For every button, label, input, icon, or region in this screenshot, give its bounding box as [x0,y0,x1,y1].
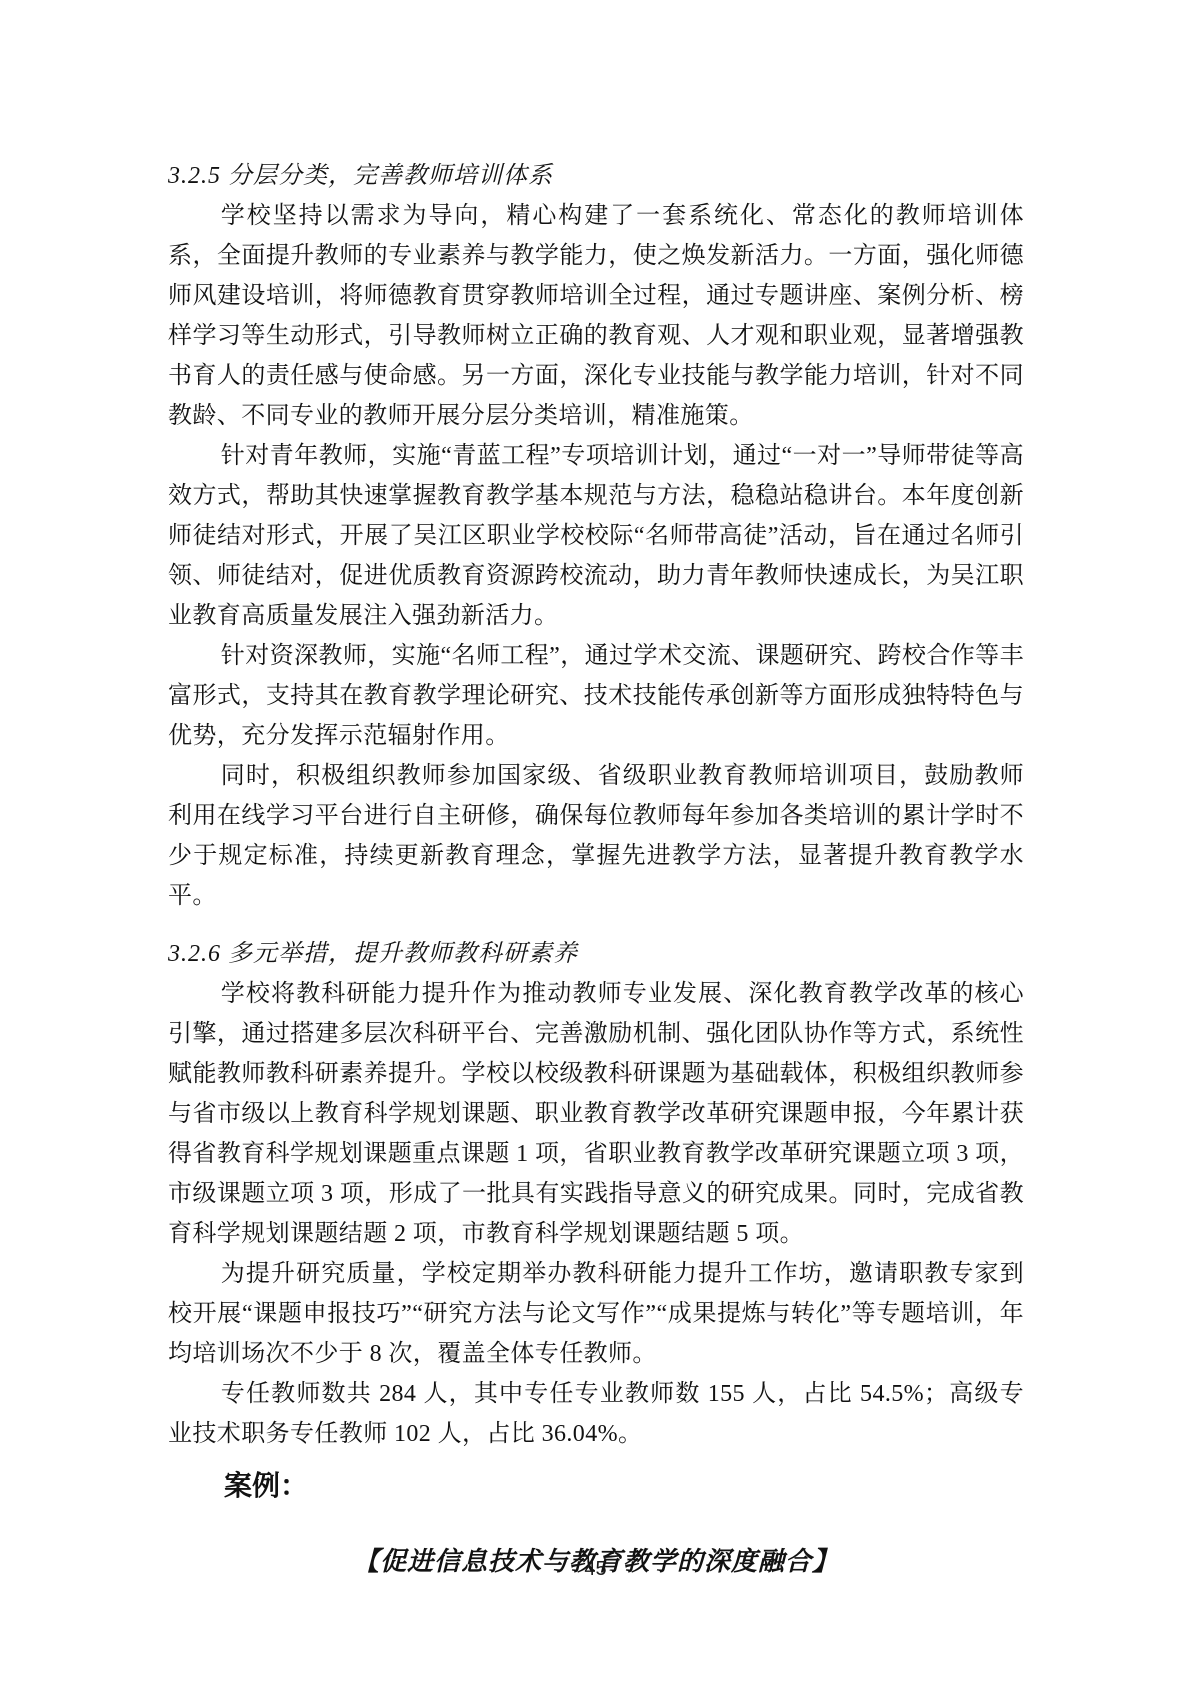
section-heading-3-2-5: 3.2.5 分层分类，完善教师培训体系 [168,156,1024,196]
case-label: 案例： [168,1466,1024,1506]
paragraph: 同时，积极组织教师参加国家级、省级职业教育教师培训项目，鼓励教师利用在线学习平台… [168,756,1024,916]
section-heading-3-2-6: 3.2.6 多元举措，提升教师教科研素养 [168,934,1024,974]
paragraph: 学校将教科研能力提升作为推动教师专业发展、深化教育教学改革的核心引擎，通过搭建多… [168,974,1024,1254]
paragraph: 针对资深教师，实施“名师工程”，通过学术交流、课题研究、跨校合作等丰富形式，支持… [168,636,1024,756]
paragraph: 学校坚持以需求为导向，精心构建了一套系统化、常态化的教师培训体系，全面提升教师的… [168,196,1024,436]
page-number: 45 [0,1558,1191,1581]
paragraph: 专任教师数共 284 人，其中专任专业教师数 155 人，占比 54.5%；高级… [168,1374,1024,1454]
paragraph: 针对青年教师，实施“青蓝工程”专项培训计划，通过“一对一”导师带徒等高效方式，帮… [168,436,1024,636]
document-page: 3.2.5 分层分类，完善教师培训体系 学校坚持以需求为导向，精心构建了一套系统… [0,0,1191,1684]
document-content: 3.2.5 分层分类，完善教师培训体系 学校坚持以需求为导向，精心构建了一套系统… [168,0,1024,1582]
paragraph: 为提升研究质量，学校定期举办教科研能力提升工作坊，邀请职教专家到校开展“课题申报… [168,1254,1024,1374]
